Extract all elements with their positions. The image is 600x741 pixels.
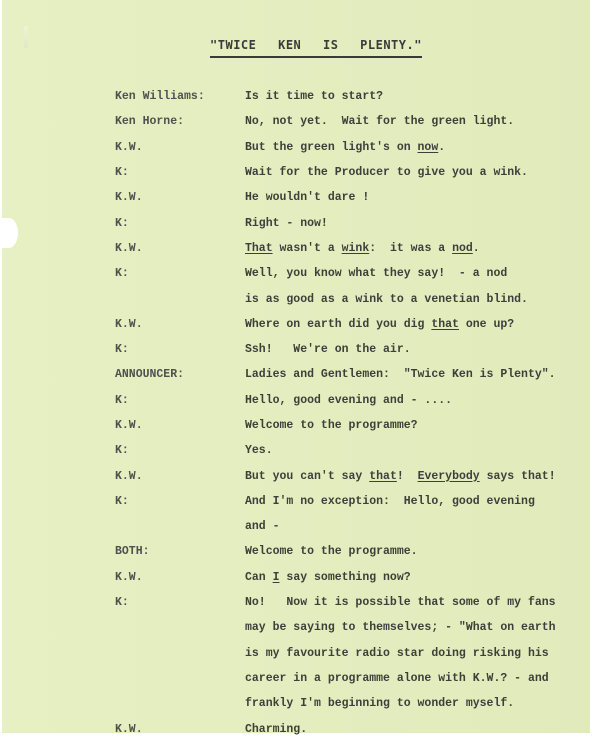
dialogue-line: K.W.Where on earth did you dig that one …: [115, 312, 595, 337]
dialogue-line: K:Hello, good evening and - ....: [115, 388, 595, 413]
speech-text: Welcome to the programme.: [245, 545, 595, 558]
speaker-label: Ken Horne:: [115, 115, 245, 128]
speaker-label: K.W.: [115, 571, 245, 584]
speech-text: Ladies and Gentlemen: "Twice Ken is Plen…: [245, 368, 595, 381]
dialogue-line: K:Wait for the Producer to give you a wi…: [115, 160, 595, 185]
speaker-label: BOTH:: [115, 545, 245, 558]
dialogue-line: K:Ssh! We're on the air.: [115, 337, 595, 362]
dialogue-line: K:And I'm no exception: Hello, good even…: [115, 489, 595, 514]
speech-text: is as good as a wink to a venetian blind…: [245, 293, 595, 306]
speaker-label: K:: [115, 217, 245, 230]
speaker-label: K:: [115, 394, 245, 407]
speaker-label: Ken Williams:: [115, 90, 245, 103]
speaker-label: K:: [115, 596, 245, 609]
speaker-label: K.W.: [115, 723, 245, 736]
paper-notch: [0, 218, 18, 248]
script-title-wrapper: "TWICE KEN IS PLENTY.": [2, 38, 590, 58]
speech-text: Is it time to start?: [245, 90, 595, 103]
speaker-label: K.W.: [115, 419, 245, 432]
speech-text: No! Now it is possible that some of my f…: [245, 596, 595, 609]
speaker-label: K.W.: [115, 470, 245, 483]
speaker-label: K.W.: [115, 242, 245, 255]
speaker-label: K:: [115, 166, 245, 179]
speech-text: frankly I'm beginning to wonder myself.: [245, 697, 595, 710]
dialogue-line: is as good as a wink to a venetian blind…: [115, 286, 595, 311]
speech-text: career in a programme alone with K.W.? -…: [245, 672, 595, 685]
dialogue-line: Ken Horne:No, not yet. Wait for the gree…: [115, 109, 595, 134]
dialogue-line: K.W.Can I say something now?: [115, 565, 595, 590]
dialogue-line: Ken Williams:Is it time to start?: [115, 84, 595, 109]
dialogue-line: K:Well, you know what they say! - a nod: [115, 261, 595, 286]
speaker-label: K:: [115, 267, 245, 280]
dialogue-line: frankly I'm beginning to wonder myself.: [115, 691, 595, 716]
script-title: "TWICE KEN IS PLENTY.": [210, 38, 422, 58]
speaker-label: K.W.: [115, 318, 245, 331]
speech-text: That wasn't a wink: it was a nod.: [245, 242, 595, 255]
dialogue-line: K:Yes.: [115, 438, 595, 463]
dialogue-line: may be saying to themselves; - "What on …: [115, 615, 595, 640]
speech-text: But the green light's on now.: [245, 141, 595, 154]
speaker-label: K:: [115, 343, 245, 356]
speech-text: Yes.: [245, 444, 595, 457]
speech-text: is my favourite radio star doing risking…: [245, 647, 595, 660]
speaker-label: K.W.: [115, 141, 245, 154]
dialogue-line: K.W.He wouldn't dare !: [115, 185, 595, 210]
dialogue-line: and -: [115, 514, 595, 539]
speech-text: Well, you know what they say! - a nod: [245, 267, 595, 280]
dialogue-line: K:Right - now!: [115, 210, 595, 235]
speech-text: But you can't say that! Everybody says t…: [245, 470, 595, 483]
speaker-label: K.W.: [115, 191, 245, 204]
speech-text: Wait for the Producer to give you a wink…: [245, 166, 595, 179]
dialogue-line: career in a programme alone with K.W.? -…: [115, 666, 595, 691]
speech-text: Charming.: [245, 723, 595, 736]
speaker-label: ANNOUNCER:: [115, 368, 245, 381]
dialogue-line: K.W.But you can't say that! Everybody sa…: [115, 463, 595, 488]
speech-text: No, not yet. Wait for the green light.: [245, 115, 595, 128]
speech-text: Ssh! We're on the air.: [245, 343, 595, 356]
speech-text: Hello, good evening and - ....: [245, 394, 595, 407]
dialogue-line: K.W.That wasn't a wink: it was a nod.: [115, 236, 595, 261]
script-page: "TWICE KEN IS PLENTY." Ken Williams:Is i…: [2, 0, 590, 733]
speech-text: Where on earth did you dig that one up?: [245, 318, 595, 331]
dialogue-line: BOTH:Welcome to the programme.: [115, 539, 595, 564]
dialogue-list: Ken Williams:Is it time to start?Ken Hor…: [115, 84, 595, 741]
speech-text: Can I say something now?: [245, 571, 595, 584]
dialogue-line: K:No! Now it is possible that some of my…: [115, 590, 595, 615]
dialogue-line: ANNOUNCER:Ladies and Gentlemen: "Twice K…: [115, 362, 595, 387]
speaker-label: K:: [115, 495, 245, 508]
speech-text: He wouldn't dare !: [245, 191, 595, 204]
speech-text: and -: [245, 520, 595, 533]
dialogue-line: K.W.Charming.: [115, 716, 595, 741]
dialogue-line: K.W.Welcome to the programme?: [115, 413, 595, 438]
speech-text: And I'm no exception: Hello, good evenin…: [245, 495, 595, 508]
speech-text: may be saying to themselves; - "What on …: [245, 621, 595, 634]
speech-text: Right - now!: [245, 217, 595, 230]
dialogue-line: K.W.But the green light's on now.: [115, 135, 595, 160]
speaker-label: K:: [115, 444, 245, 457]
speech-text: Welcome to the programme?: [245, 419, 595, 432]
dialogue-line: is my favourite radio star doing risking…: [115, 641, 595, 666]
